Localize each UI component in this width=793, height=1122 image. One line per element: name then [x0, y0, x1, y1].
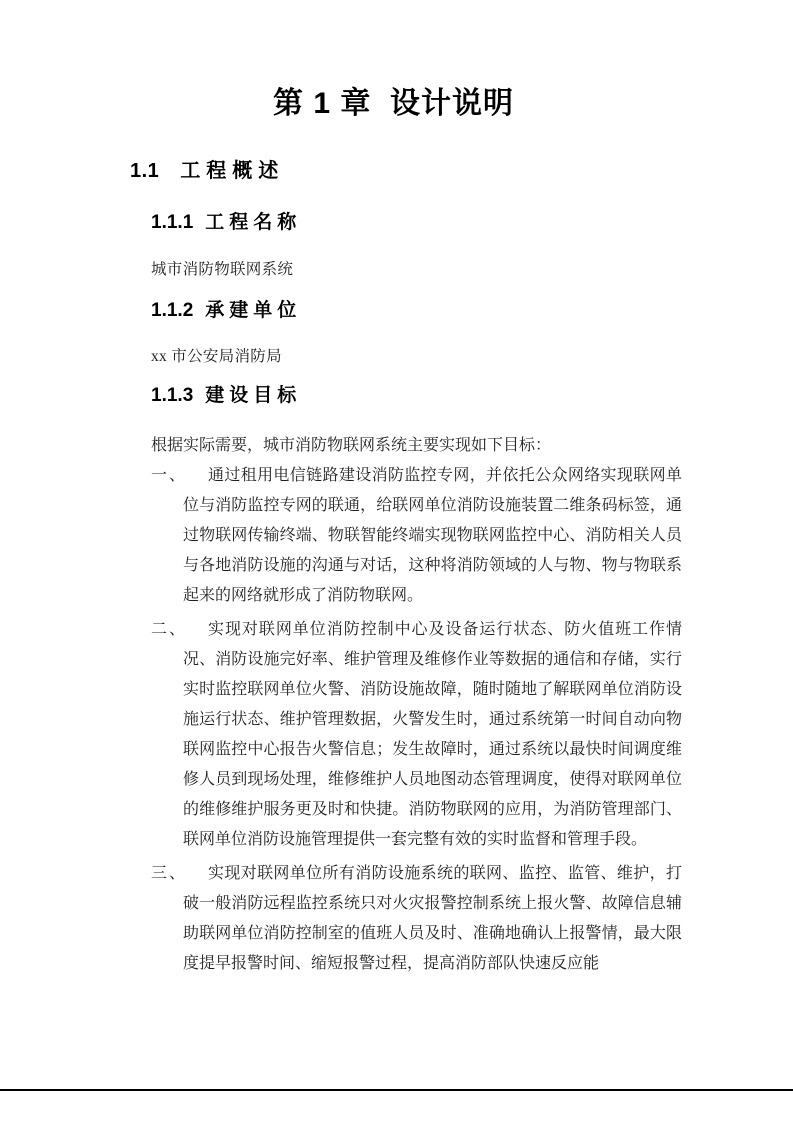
subsection-title: 建设目标 [205, 385, 301, 406]
goal-item: 一、通过租用电信链路建设消防监控专网，并依托公众网络实现联网单位与消防监控专网的… [151, 461, 682, 611]
contractor-text: xx 市公安局消防局 [151, 345, 682, 369]
project-name-text: 城市消防物联网系统 [151, 258, 682, 282]
subsection-heading-1-1-1: 1.1.1工程名称 [151, 210, 682, 236]
subsection-heading-1-1-3: 1.1.3建设目标 [151, 383, 682, 409]
subsection-title: 工程名称 [205, 212, 301, 233]
subsection-number: 1.1.1 [151, 212, 193, 233]
section-heading-1-1: 1.1工程概述 [130, 158, 682, 184]
goal-item: 三、实现对联网单位所有消防设施系统的联网、监控、监管、维护，打破一般消防远程监控… [151, 859, 682, 979]
goal-text: 实现对联网单位所有消防设施系统的联网、监控、监管、维护，打破一般消防远程监控系统… [183, 865, 682, 972]
subsection-number: 1.1.3 [151, 385, 193, 406]
document-page: 第 1 章 设计说明 1.1工程概述 1.1.1工程名称 城市消防物联网系统 1… [0, 0, 793, 1122]
section-title: 工程概述 [180, 160, 284, 182]
goals-intro-text: 根据实际需要，城市消防物联网系统主要实现如下目标： [151, 431, 682, 461]
goal-marker: 二、 [151, 615, 187, 645]
section-number: 1.1 [130, 160, 159, 182]
goal-text: 通过租用电信链路建设消防监控专网，并依托公众网络实现联网单位与消防监控专网的联通… [183, 467, 682, 604]
goal-item: 二、实现对联网单位消防控制中心及设备运行状态、防火值班工作情况、消防设施完好率、… [151, 615, 682, 855]
chapter-title: 第 1 章 设计说明 [151, 84, 682, 124]
page-content: 第 1 章 设计说明 1.1工程概述 1.1.1工程名称 城市消防物联网系统 1… [0, 84, 793, 979]
goal-marker: 三、 [151, 859, 187, 889]
subsection-title: 承建单位 [205, 300, 301, 321]
subsection-number: 1.1.2 [151, 300, 193, 321]
goal-text: 实现对联网单位消防控制中心及设备运行状态、防火值班工作情况、消防设施完好率、维护… [183, 621, 682, 848]
goal-marker: 一、 [151, 461, 187, 491]
subsection-heading-1-1-2: 1.1.2承建单位 [151, 298, 682, 324]
footer-divider [0, 1089, 793, 1091]
goals-list: 一、通过租用电信链路建设消防监控专网，并依托公众网络实现联网单位与消防监控专网的… [151, 461, 682, 979]
